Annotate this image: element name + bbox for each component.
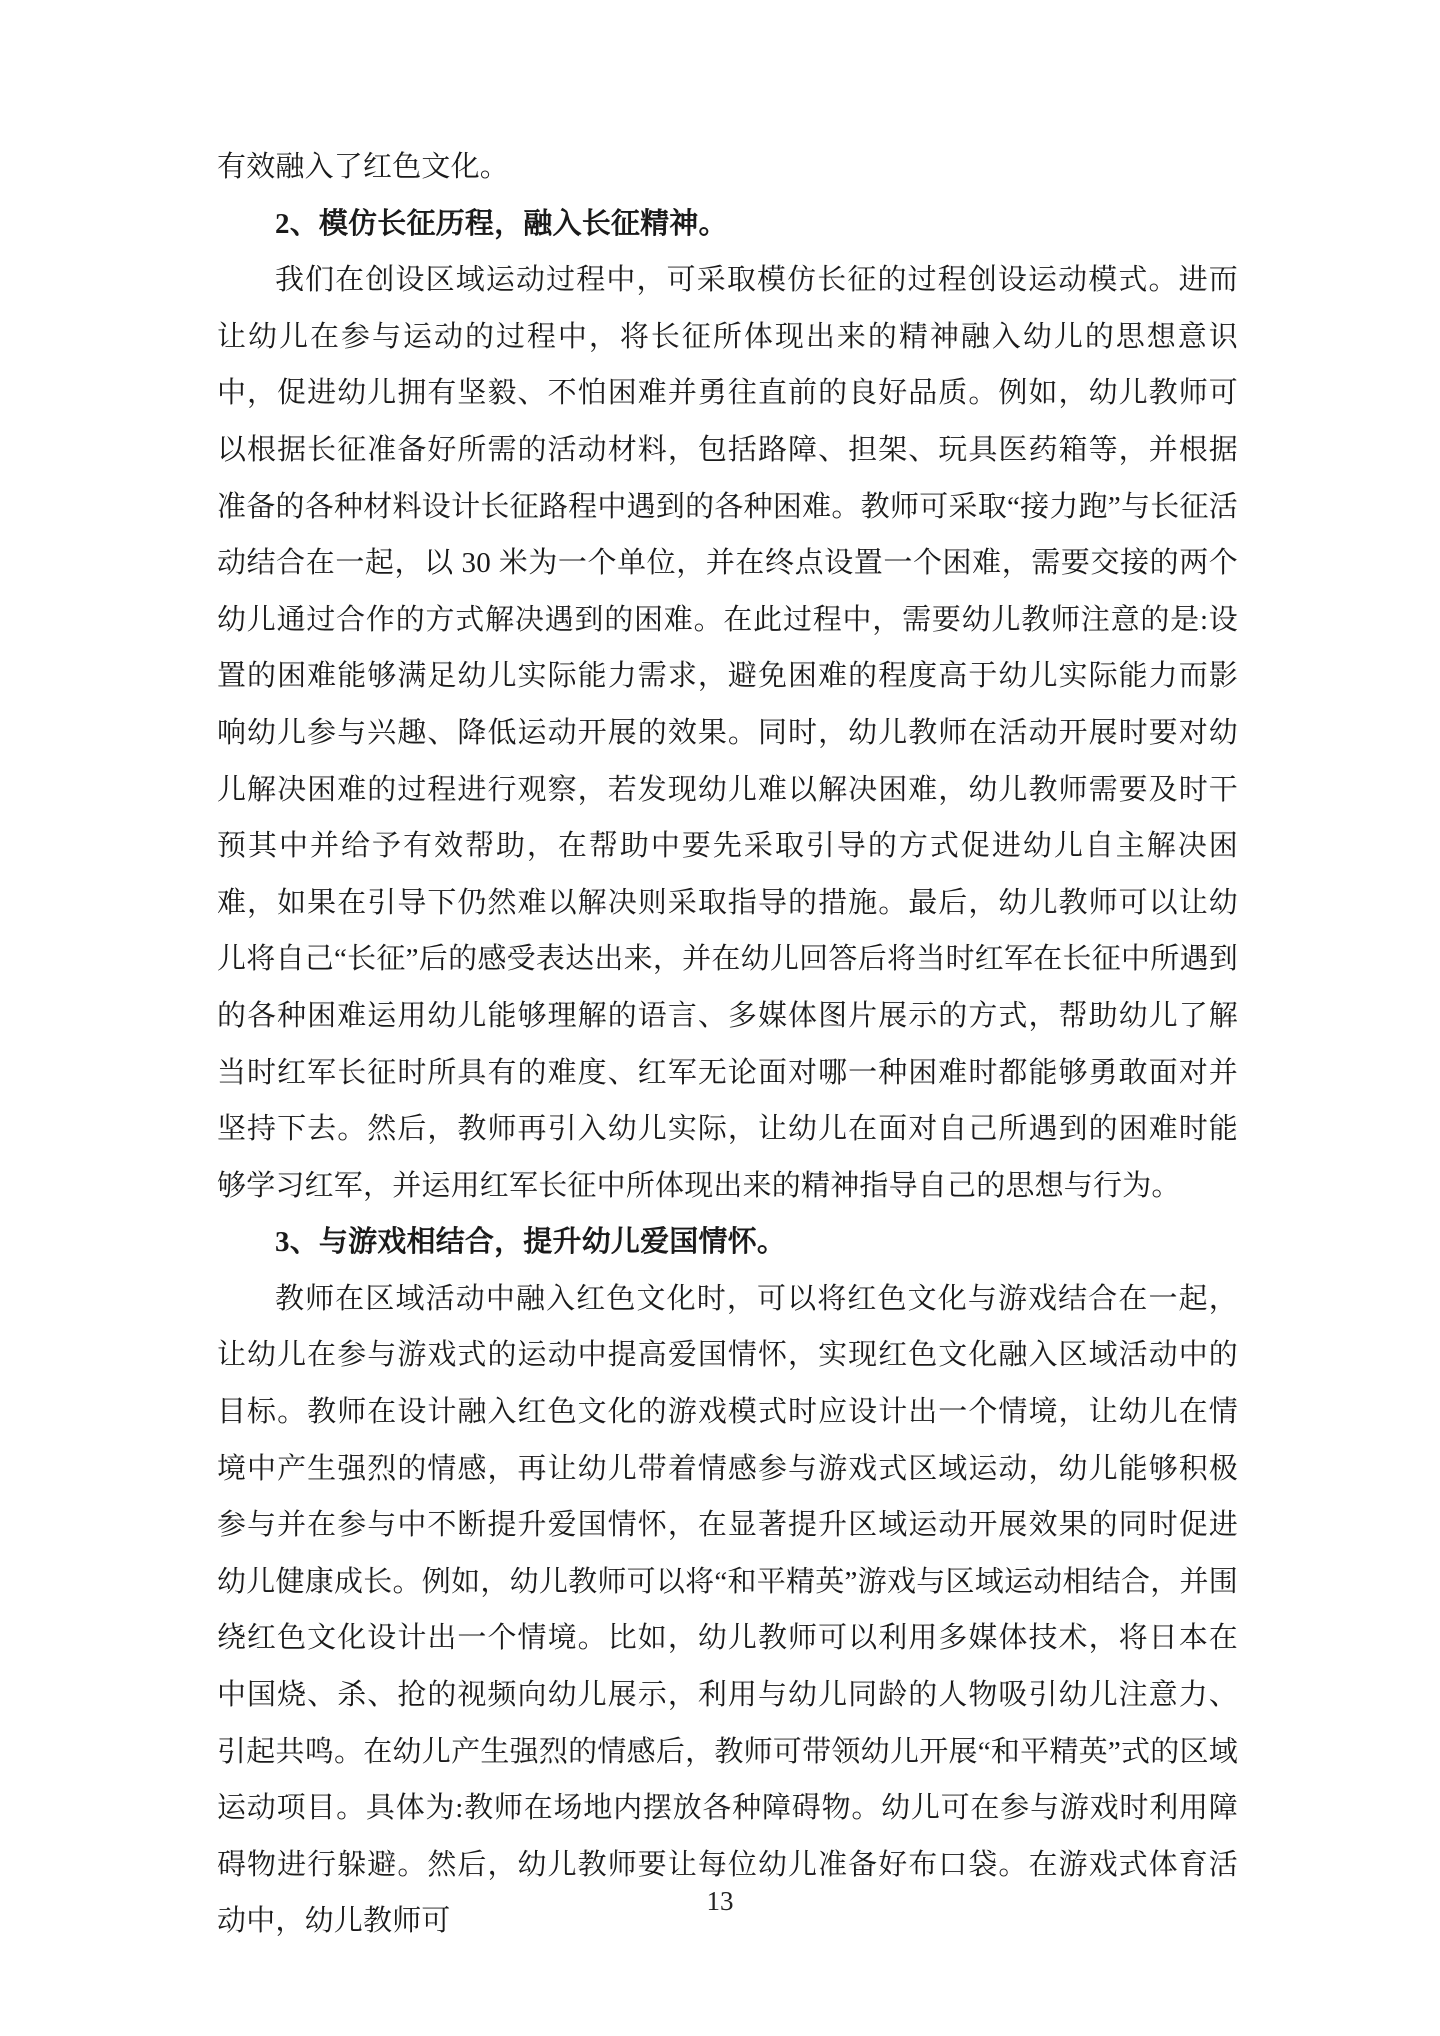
section-heading-3: 3、与游戏相结合，提升幼儿爱国情怀。 xyxy=(217,1214,1238,1271)
document-page: 有效融入了红色文化。 2、模仿长征历程，融入长征精神。 我们在创设区域运动过程中… xyxy=(0,0,1440,2036)
paragraph-section-2: 我们在创设区域运动过程中，可采取模仿长征的过程创设运动模式。进而让幼儿在参与运动… xyxy=(217,252,1238,1214)
paragraph-continuation: 有效融入了红色文化。 xyxy=(217,139,1238,196)
paragraph-section-3: 教师在区域活动中融入红色文化时，可以将红色文化与游戏结合在一起，让幼儿在参与游戏… xyxy=(217,1271,1238,1950)
section-heading-2: 2、模仿长征历程，融入长征精神。 xyxy=(217,196,1238,253)
page-number: 13 xyxy=(0,1886,1440,1916)
page-body: 有效融入了红色文化。 2、模仿长征历程，融入长征精神。 我们在创设区域运动过程中… xyxy=(217,139,1238,1950)
